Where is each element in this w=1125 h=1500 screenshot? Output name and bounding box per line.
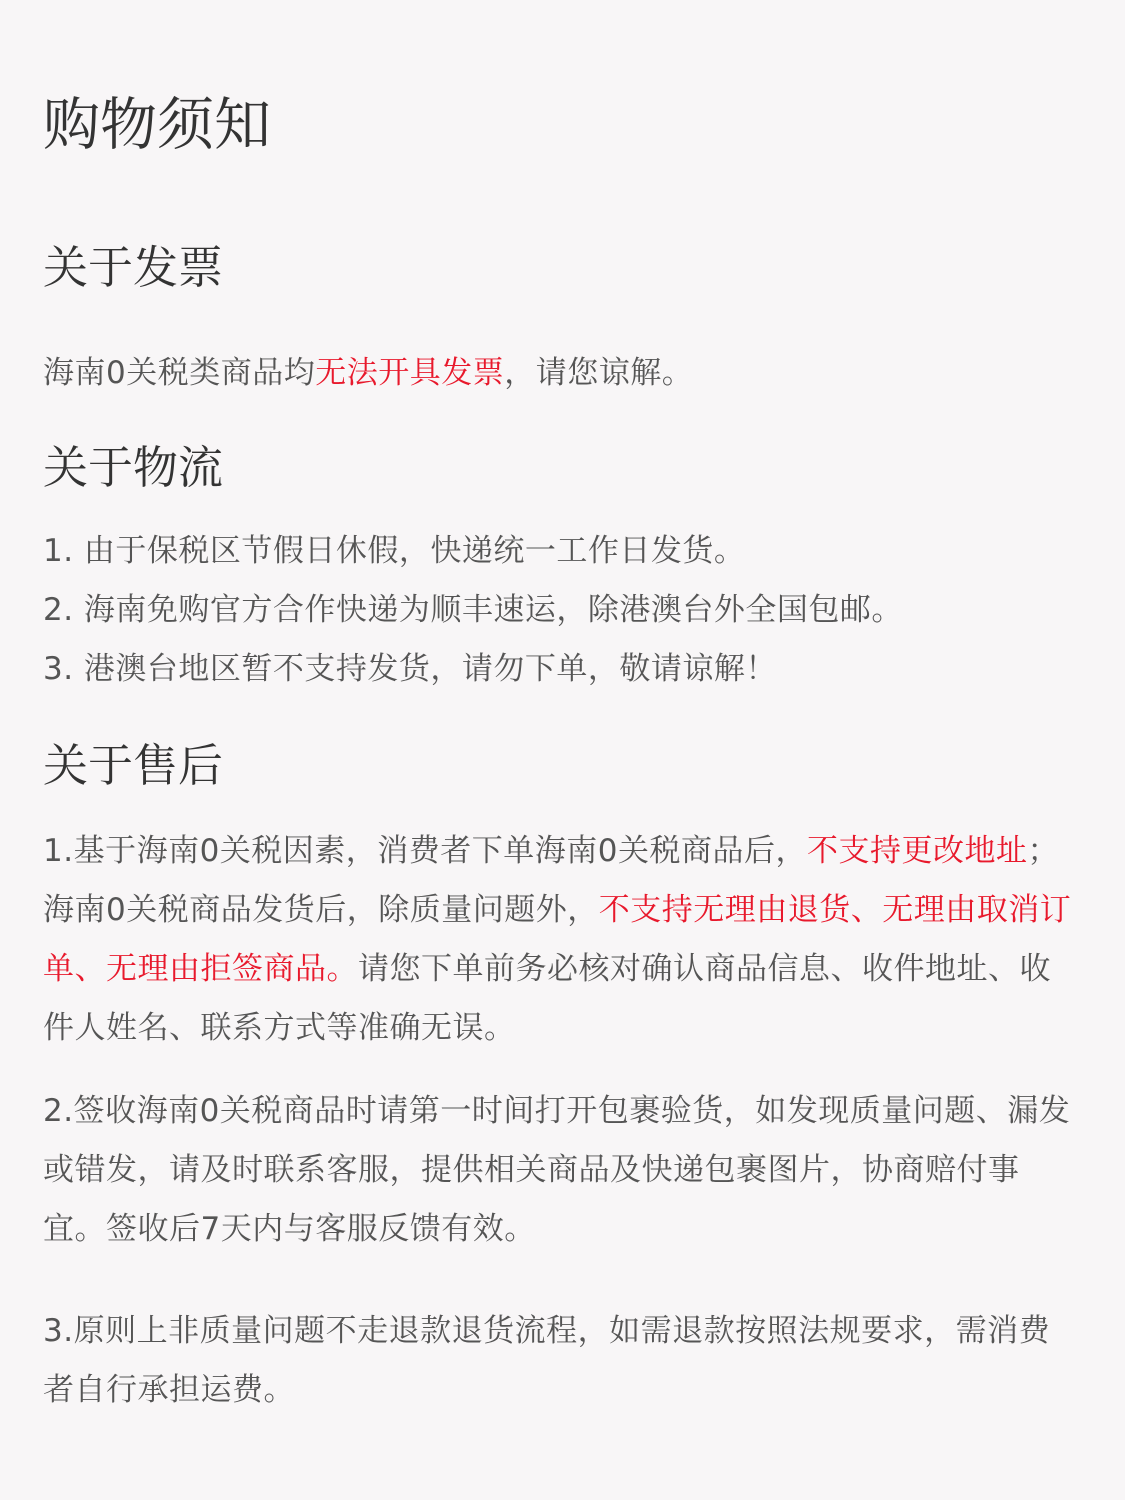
after-sales-item-3: 3.原则上非质量问题不走退款退货流程，如需退款按照法规要求，需消费者自行承担运费… <box>43 1302 1078 1420</box>
logistics-item-2: 2. 海南免购官方合作快递为顺丰速运，除港澳台外全国包邮。 <box>43 581 1078 640</box>
logistics-item-1: 1. 由于保税区节假日休假，快递统一工作日发货。 <box>43 522 1078 581</box>
after-sales-item-2: 2.签收海南0关税商品时请第一时间打开包裹验货，如发现质量问题、漏发或错发，请及… <box>43 1082 1078 1259</box>
after-sales-item-1: 1.基于海南0关税因素，消费者下单海南0关税商品后，不支持更改地址；海南0关税商… <box>43 822 1078 1058</box>
invoice-text-after: ，请您谅解。 <box>504 355 693 391</box>
after-sales-section-heading: 关于售后 <box>43 738 223 794</box>
after-sales-item-1-text: 1.基于海南0关税因素，消费者下单海南0关税商品后， <box>43 833 807 869</box>
no-address-change-highlight: 不支持更改地址 <box>807 833 1028 869</box>
invoice-section-heading: 关于发票 <box>43 240 223 296</box>
invoice-notice-text: 海南0关税类商品均无法开具发票，请您谅解。 <box>43 344 1078 403</box>
logistics-list: 1. 由于保税区节假日休假，快递统一工作日发货。 2. 海南免购官方合作快递为顺… <box>43 522 1078 699</box>
logistics-item-3: 3. 港澳台地区暂不支持发货，请勿下单，敬请谅解！ <box>43 640 1078 699</box>
logistics-section-heading: 关于物流 <box>43 440 223 496</box>
page-title: 购物须知 <box>43 90 271 160</box>
invoice-highlight-text: 无法开具发票 <box>315 355 504 391</box>
invoice-text-before: 海南0关税类商品均 <box>43 355 315 391</box>
